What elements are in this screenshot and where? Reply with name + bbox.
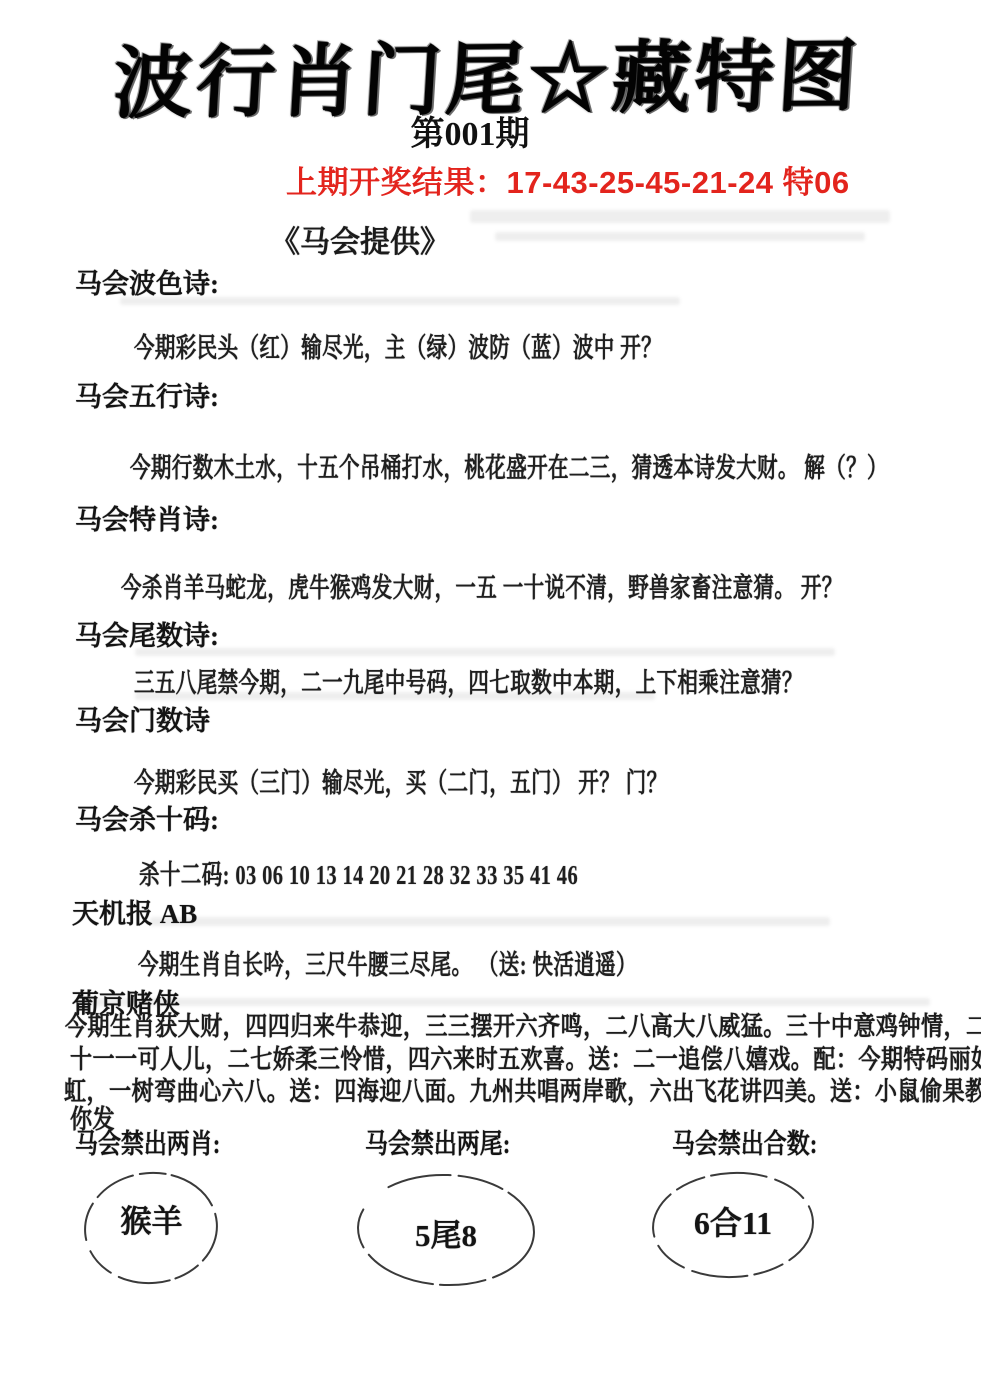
lottery-tip-sheet: 波行肖门尾☆藏特图 第001期 上期开奖结果：17-43-25-45-21-24… [0,0,981,1388]
forbidden-zodiac-label: 马会禁出两肖: [75,1122,220,1161]
scan-smudge [90,998,930,1006]
scan-smudge [495,232,865,241]
heading-kill-codes: 马会杀十码: [75,798,219,837]
kill-codes-line: 杀十二码: 03 06 10 13 14 20 21 28 32 33 35 4… [139,853,578,892]
heading-gate-number-poem: 马会门数诗 [75,699,210,738]
forbidden-sum-value: 6合11 [648,1198,818,1244]
provider-note: 《马会提供》 [270,217,450,261]
heading-five-elements-poem: 马会五行诗: [75,375,219,414]
forbidden-tail-label: 马会禁出两尾: [365,1122,510,1161]
scan-smudge [150,917,830,926]
pujing-paragraph-line: 今期生肖获大财，四四归来牛恭迎，三三摆开六齐鸣，二八高大八威猛。三十中意鸡钟情，… [65,1006,981,1043]
last-draw-result: 上期开奖结果：17-43-25-45-21-24 特06 [286,157,850,202]
issue-number: 第001期 [0,106,940,155]
poem-five-elements: 今期行数木土水，十五个吊桶打水，桃花盛开在二三，猜透本诗发大财。 解（？） [130,446,888,485]
heading-special-zodiac-poem: 马会特肖诗: [75,498,219,537]
heading-tail-number-poem: 马会尾数诗: [75,614,219,653]
poem-tail-number: 三五八尾禁今期，二一九尾中号码，四七取数中本期，上下相乘注意猜？ [134,661,803,700]
poem-tianji: 今期生肖自长吟，三尺牛腰三尽尾。 （送: 快活逍遥） [138,943,637,982]
poem-gate-number: 今期彩民买（三门）输尽光，买（二门，五门） 开？ 门？ [134,761,668,800]
scan-smudge [135,648,835,656]
forbidden-sum-label: 马会禁出合数: [672,1122,817,1161]
forbidden-zodiac-value: 猴羊 [78,1196,225,1241]
pujing-paragraph-line: 虹，一树弯曲心六八。送：四海迎八面。九州共唱两岸歌，六出飞花讲四美。送：小鼠偷果… [64,1071,981,1108]
forbidden-tail-value: 5尾8 [352,1210,540,1255]
poem-wave-color: 今期彩民头（红）输尽光，主（绿）波防（蓝）波中 开？ [134,326,662,365]
heading-wave-color-poem: 马会波色诗: [75,262,219,301]
heading-tianji-report: 天机报 AB [72,892,197,931]
poem-special-zodiac: 今杀肖羊马蛇龙，虎牛猴鸡发大财，一五 一十说不清，野兽家畜注意猜。 开？ [121,566,843,605]
scan-smudge [470,210,890,223]
